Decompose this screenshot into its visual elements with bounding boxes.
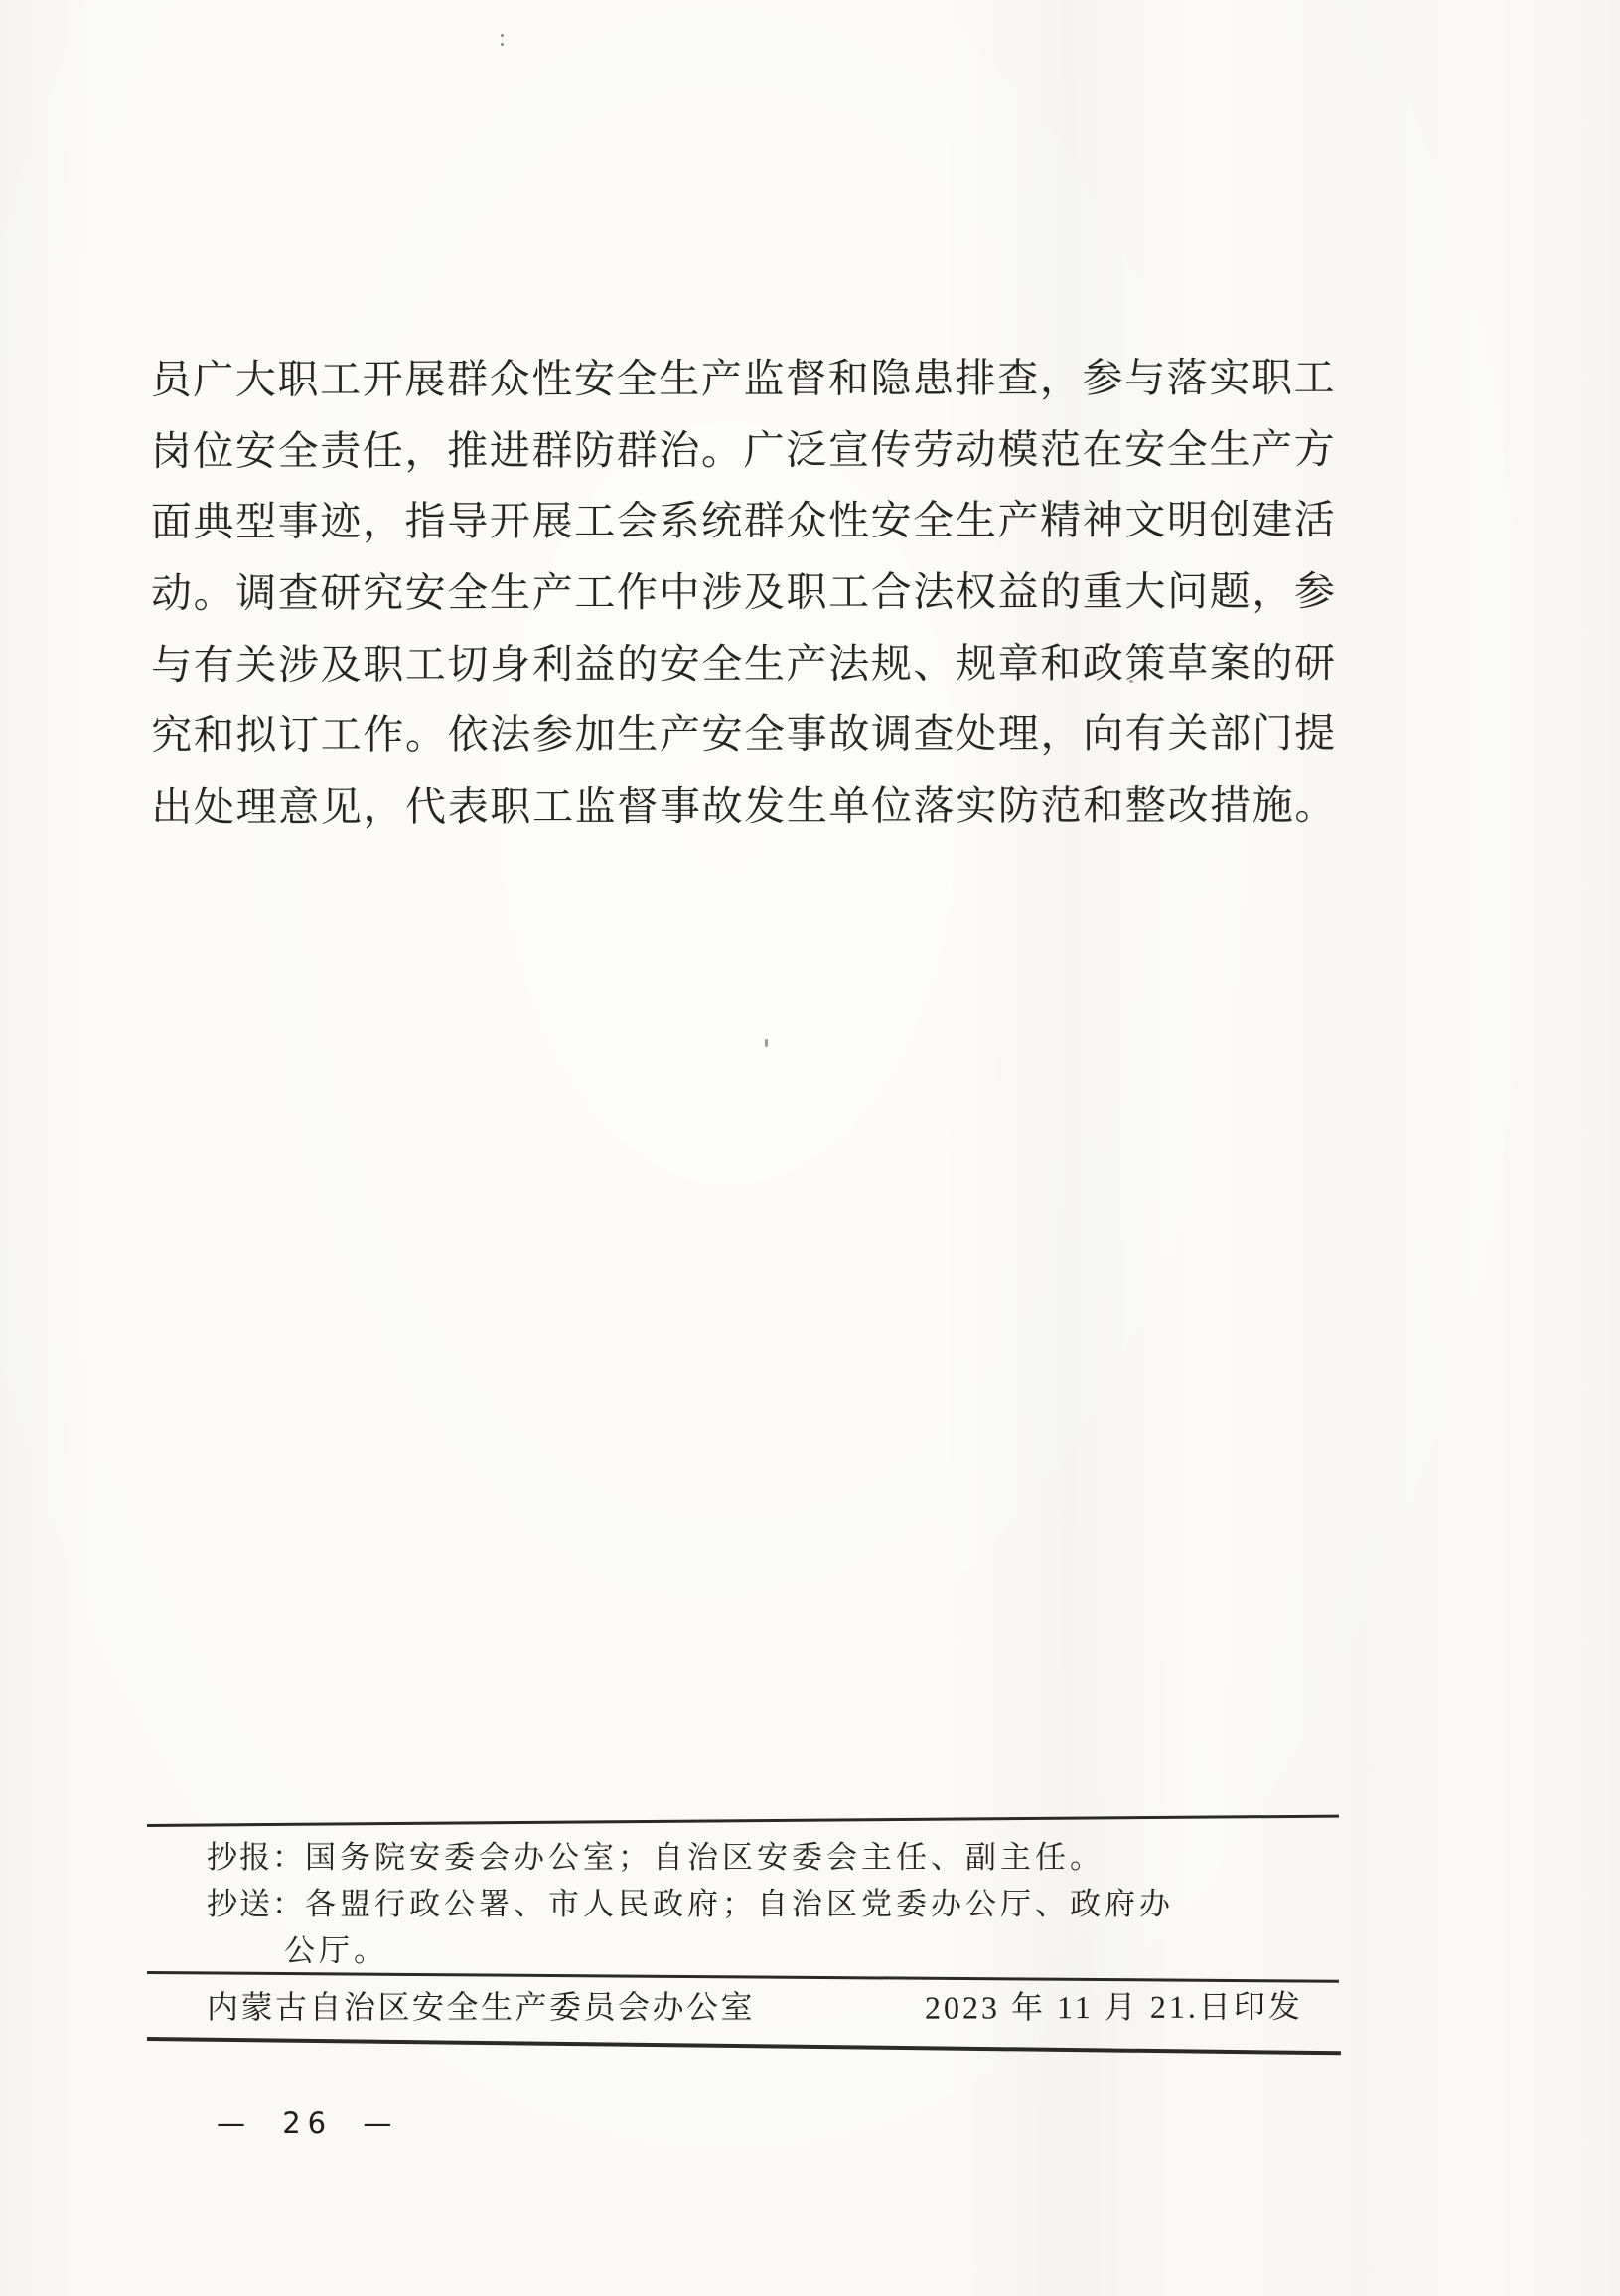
body-line-4: 动。调查研究安全生产工作中涉及职工合法权益的重大问题，参 [151,556,1335,630]
cc-report-text: 国务院安委会办公室；自治区安委会主任、副主任。 [305,1840,1105,1875]
scan-speck [501,34,504,37]
body-line-6: 究和拟订工作。依法参加生产安全事故调查处理，向有关部门提 [151,698,1335,772]
print-date: 2023 年 11 月 21.日印发 [925,1984,1303,2029]
footer-top-rule [147,1815,1339,1827]
cc-send-label: 抄送： [207,1887,305,1921]
scan-speck [765,1039,768,1047]
body-paragraph: 员广大职工开展群众性安全生产监督和隐患排查，参与落实职工 岗位安全责任，推进群防… [151,343,1336,843]
cc-send-continuation: 公厅。 [207,1927,1339,1974]
cc-report-line: 抄报：国务院安委会办公室；自治区安委会主任、副主任。 [207,1834,1339,1881]
page-number: — 26 — [217,2106,398,2140]
cc-send-text-line1: 各盟行政公署、市人民政府；自治区党委办公厅、政府办 [305,1887,1174,1921]
cc-report-label: 抄报： [207,1840,305,1875]
body-line-1: 员广大职工开展群众性安全生产监督和隐患排查，参与落实职工 [151,343,1335,416]
scanned-document-page: 员广大职工开展群众性安全生产监督和隐患排查，参与落实职工 岗位安全责任，推进群防… [0,0,1620,2296]
issuing-office: 内蒙古自治区安全生产委员会办公室 [207,1985,755,2029]
body-line-5: 与有关涉及职工切身利益的安全生产法规、规章和政策草案的研 [151,628,1335,701]
body-line-2: 岗位安全责任，推进群防群治。广泛宣传劳动模范在安全生产方 [151,414,1335,488]
footer-bottom-rule [147,2037,1341,2055]
cc-block: 抄报：国务院安委会办公室；自治区安委会主任、副主任。 抄送：各盟行政公署、市人民… [207,1834,1339,1974]
body-line-3: 面典型事迹，指导开展工会系统群众性安全生产精神文明创建活 [151,485,1335,558]
cc-send-line: 抄送：各盟行政公署、市人民政府；自治区党委办公厅、政府办 [207,1881,1339,1927]
body-line-7: 出处理意见，代表职工监督事故发生单位落实防范和整改措施。 [151,770,1335,843]
issuer-row: 内蒙古自治区安全生产委员会办公室 2023 年 11 月 21.日印发 [207,1985,1303,2029]
